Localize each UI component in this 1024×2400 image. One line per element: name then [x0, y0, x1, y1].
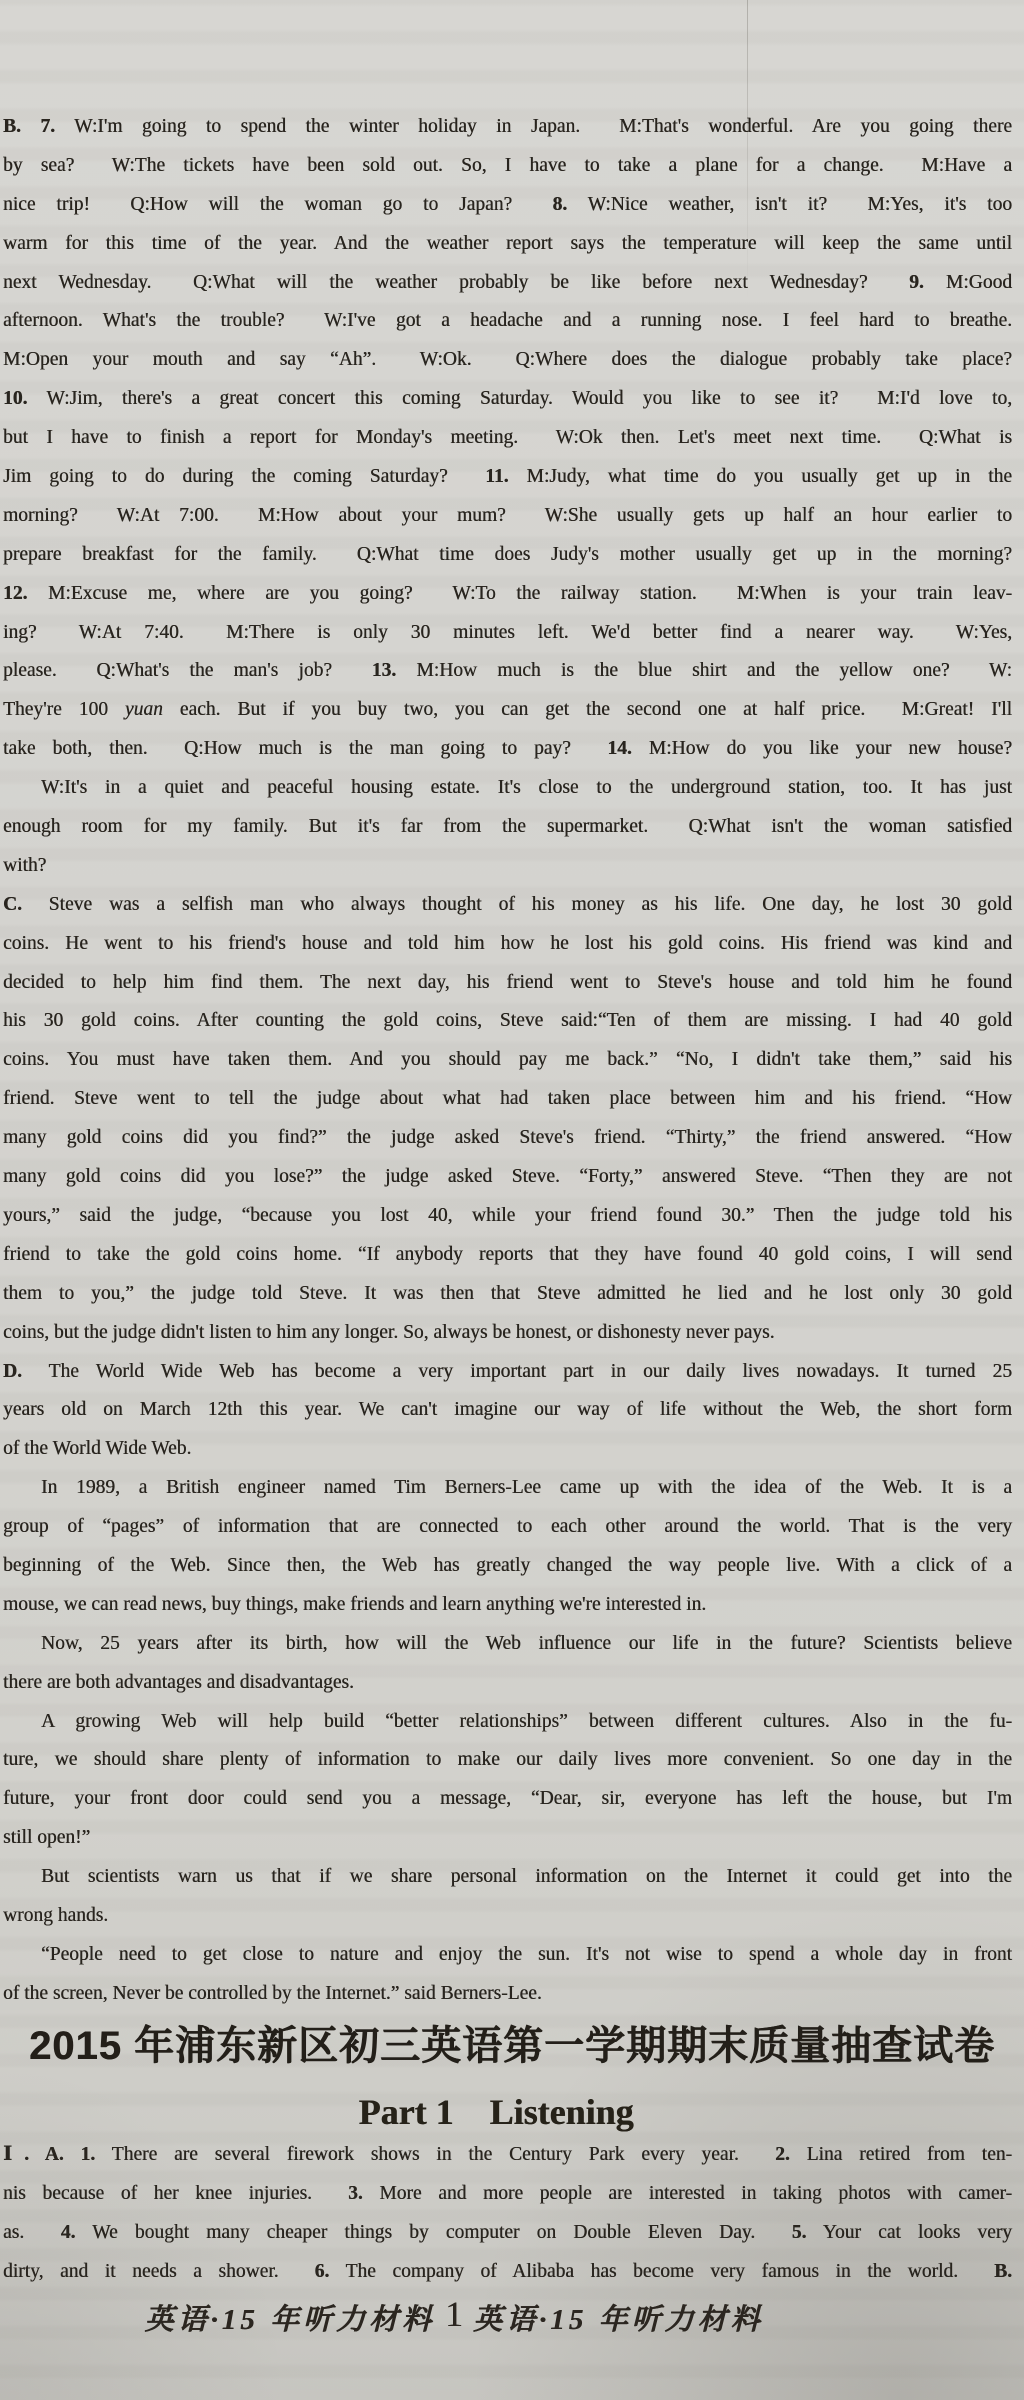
text-line: coins. He went to his friend's house and… — [3, 925, 1012, 964]
text-line: D. The World Wide Web has become a very … — [3, 1353, 1012, 1392]
listening-transcript-body: B. 7. W:I'm going to spend the winter ho… — [3, 108, 1012, 2014]
text-line: but I have to finish a report for Monday… — [3, 419, 1012, 458]
text-line: 12. M:Excuse me, where are you going? W:… — [3, 575, 1012, 614]
text-line: Now, 25 years after its birth, how will … — [3, 1625, 1012, 1664]
text-line: afternoon. What's the trouble? W:I've go… — [3, 302, 1012, 341]
text-line: In 1989, a British engineer named Tim Be… — [3, 1469, 1012, 1508]
text-line: of the World Wide Web. — [3, 1430, 1012, 1469]
text-line: of the screen, Never be controlled by th… — [3, 1975, 1012, 2014]
text-line: future, your front door could send you a… — [3, 1780, 1012, 1819]
text-line: them to you,” the judge told Steve. It w… — [3, 1275, 1012, 1314]
text-line: ture, we should share plenty of informat… — [3, 1741, 1012, 1780]
text-line: his 30 gold coins. After counting the go… — [3, 1002, 1012, 1041]
text-line: enough room for my family. But it's far … — [3, 808, 1012, 847]
text-line: mouse, we can read news, buy things, mak… — [3, 1586, 1012, 1625]
text-line: But scientists warn us that if we share … — [3, 1858, 1012, 1897]
text-line: as. 4. We bought many cheaper things by … — [3, 2214, 1012, 2253]
text-line: please. Q:What's the man's job? 13. M:Ho… — [3, 652, 1012, 691]
text-line: dirty, and it needs a shower. 6. The com… — [3, 2253, 1012, 2292]
text-line: W:It's in a quiet and peaceful housing e… — [3, 769, 1012, 808]
text-line: They're 100 yuan each. But if you buy tw… — [3, 691, 1012, 730]
text-line: decided to help him find them. The next … — [3, 964, 1012, 1003]
text-line: warm for this time of the year. And the … — [3, 225, 1012, 264]
text-line: M:Open your mouth and say “Ah”. W:Ok. Q:… — [3, 341, 1012, 380]
text-line: prepare breakfast for the family. Q:What… — [3, 536, 1012, 575]
text-line: B. 7. W:I'm going to spend the winter ho… — [3, 108, 1012, 147]
text-line: ing? W:At 7:40. M:There is only 30 minut… — [3, 614, 1012, 653]
text-line: still open!” — [3, 1819, 1012, 1858]
text-line: yours,” said the judge, “because you los… — [3, 1197, 1012, 1236]
footer-label-left: 英语·15 年听力材料 — [144, 2300, 435, 2340]
text-line: nis because of her knee injuries. 3. Mor… — [3, 2175, 1012, 2214]
part-heading: Part 1 Listening — [0, 2088, 1008, 2136]
text-line: 10. W:Jim, there's a great concert this … — [3, 380, 1012, 419]
text-line: C. Steve was a selfish man who always th… — [3, 886, 1012, 925]
scanned-textbook-page: B. 7. W:I'm going to spend the winter ho… — [0, 0, 1024, 2400]
part1-listening-body: Ⅰ. A. 1. There are several firework show… — [3, 2136, 1012, 2292]
text-line: with? — [3, 847, 1012, 886]
text-line: morning? W:At 7:00. M:How about your mum… — [3, 497, 1012, 536]
text-line: by sea? W:The tickets have been sold out… — [3, 147, 1012, 186]
page-footer: 英语·15 年听力材料 1 英语·15 年听力材料 — [0, 2300, 966, 2340]
text-line: beginning of the Web. Since then, the We… — [3, 1547, 1012, 1586]
text-line: “People need to get close to nature and … — [3, 1936, 1012, 1975]
text-line: many gold coins did you find?” the judge… — [3, 1119, 1012, 1158]
text-line: there are both advantages and disadvanta… — [3, 1664, 1012, 1703]
text-line: many gold coins did you lose?” the judge… — [3, 1158, 1012, 1197]
text-line: wrong hands. — [3, 1897, 1012, 1936]
text-line: nice trip! Q:How will the woman go to Ja… — [3, 186, 1012, 225]
text-line: coins, but the judge didn't listen to hi… — [3, 1314, 1012, 1353]
text-line: group of “pages” of information that are… — [3, 1508, 1012, 1547]
text-line: A growing Web will help build “better re… — [3, 1703, 1012, 1742]
text-line: friend to take the gold coins home. “If … — [3, 1236, 1012, 1275]
text-line: coins. You must have taken them. And you… — [3, 1041, 1012, 1080]
text-line: next Wednesday. Q:What will the weather … — [3, 264, 1012, 303]
text-line: take both, then. Q:How much is the man g… — [3, 730, 1012, 769]
footer-label-right: 英语·15 年听力材料 — [473, 2300, 764, 2340]
text-line: friend. Steve went to tell the judge abo… — [3, 1080, 1012, 1119]
text-line: years old on March 12th this year. We ca… — [3, 1391, 1012, 1430]
text-line: Ⅰ. A. 1. There are several firework show… — [3, 2136, 1012, 2175]
exam-title: 2015 年浦东新区初三英语第一学期期末质量抽查试卷 — [0, 2018, 1024, 2074]
page-number: 1 — [445, 2296, 463, 2332]
text-line: Jim going to do during the coming Saturd… — [3, 458, 1012, 497]
